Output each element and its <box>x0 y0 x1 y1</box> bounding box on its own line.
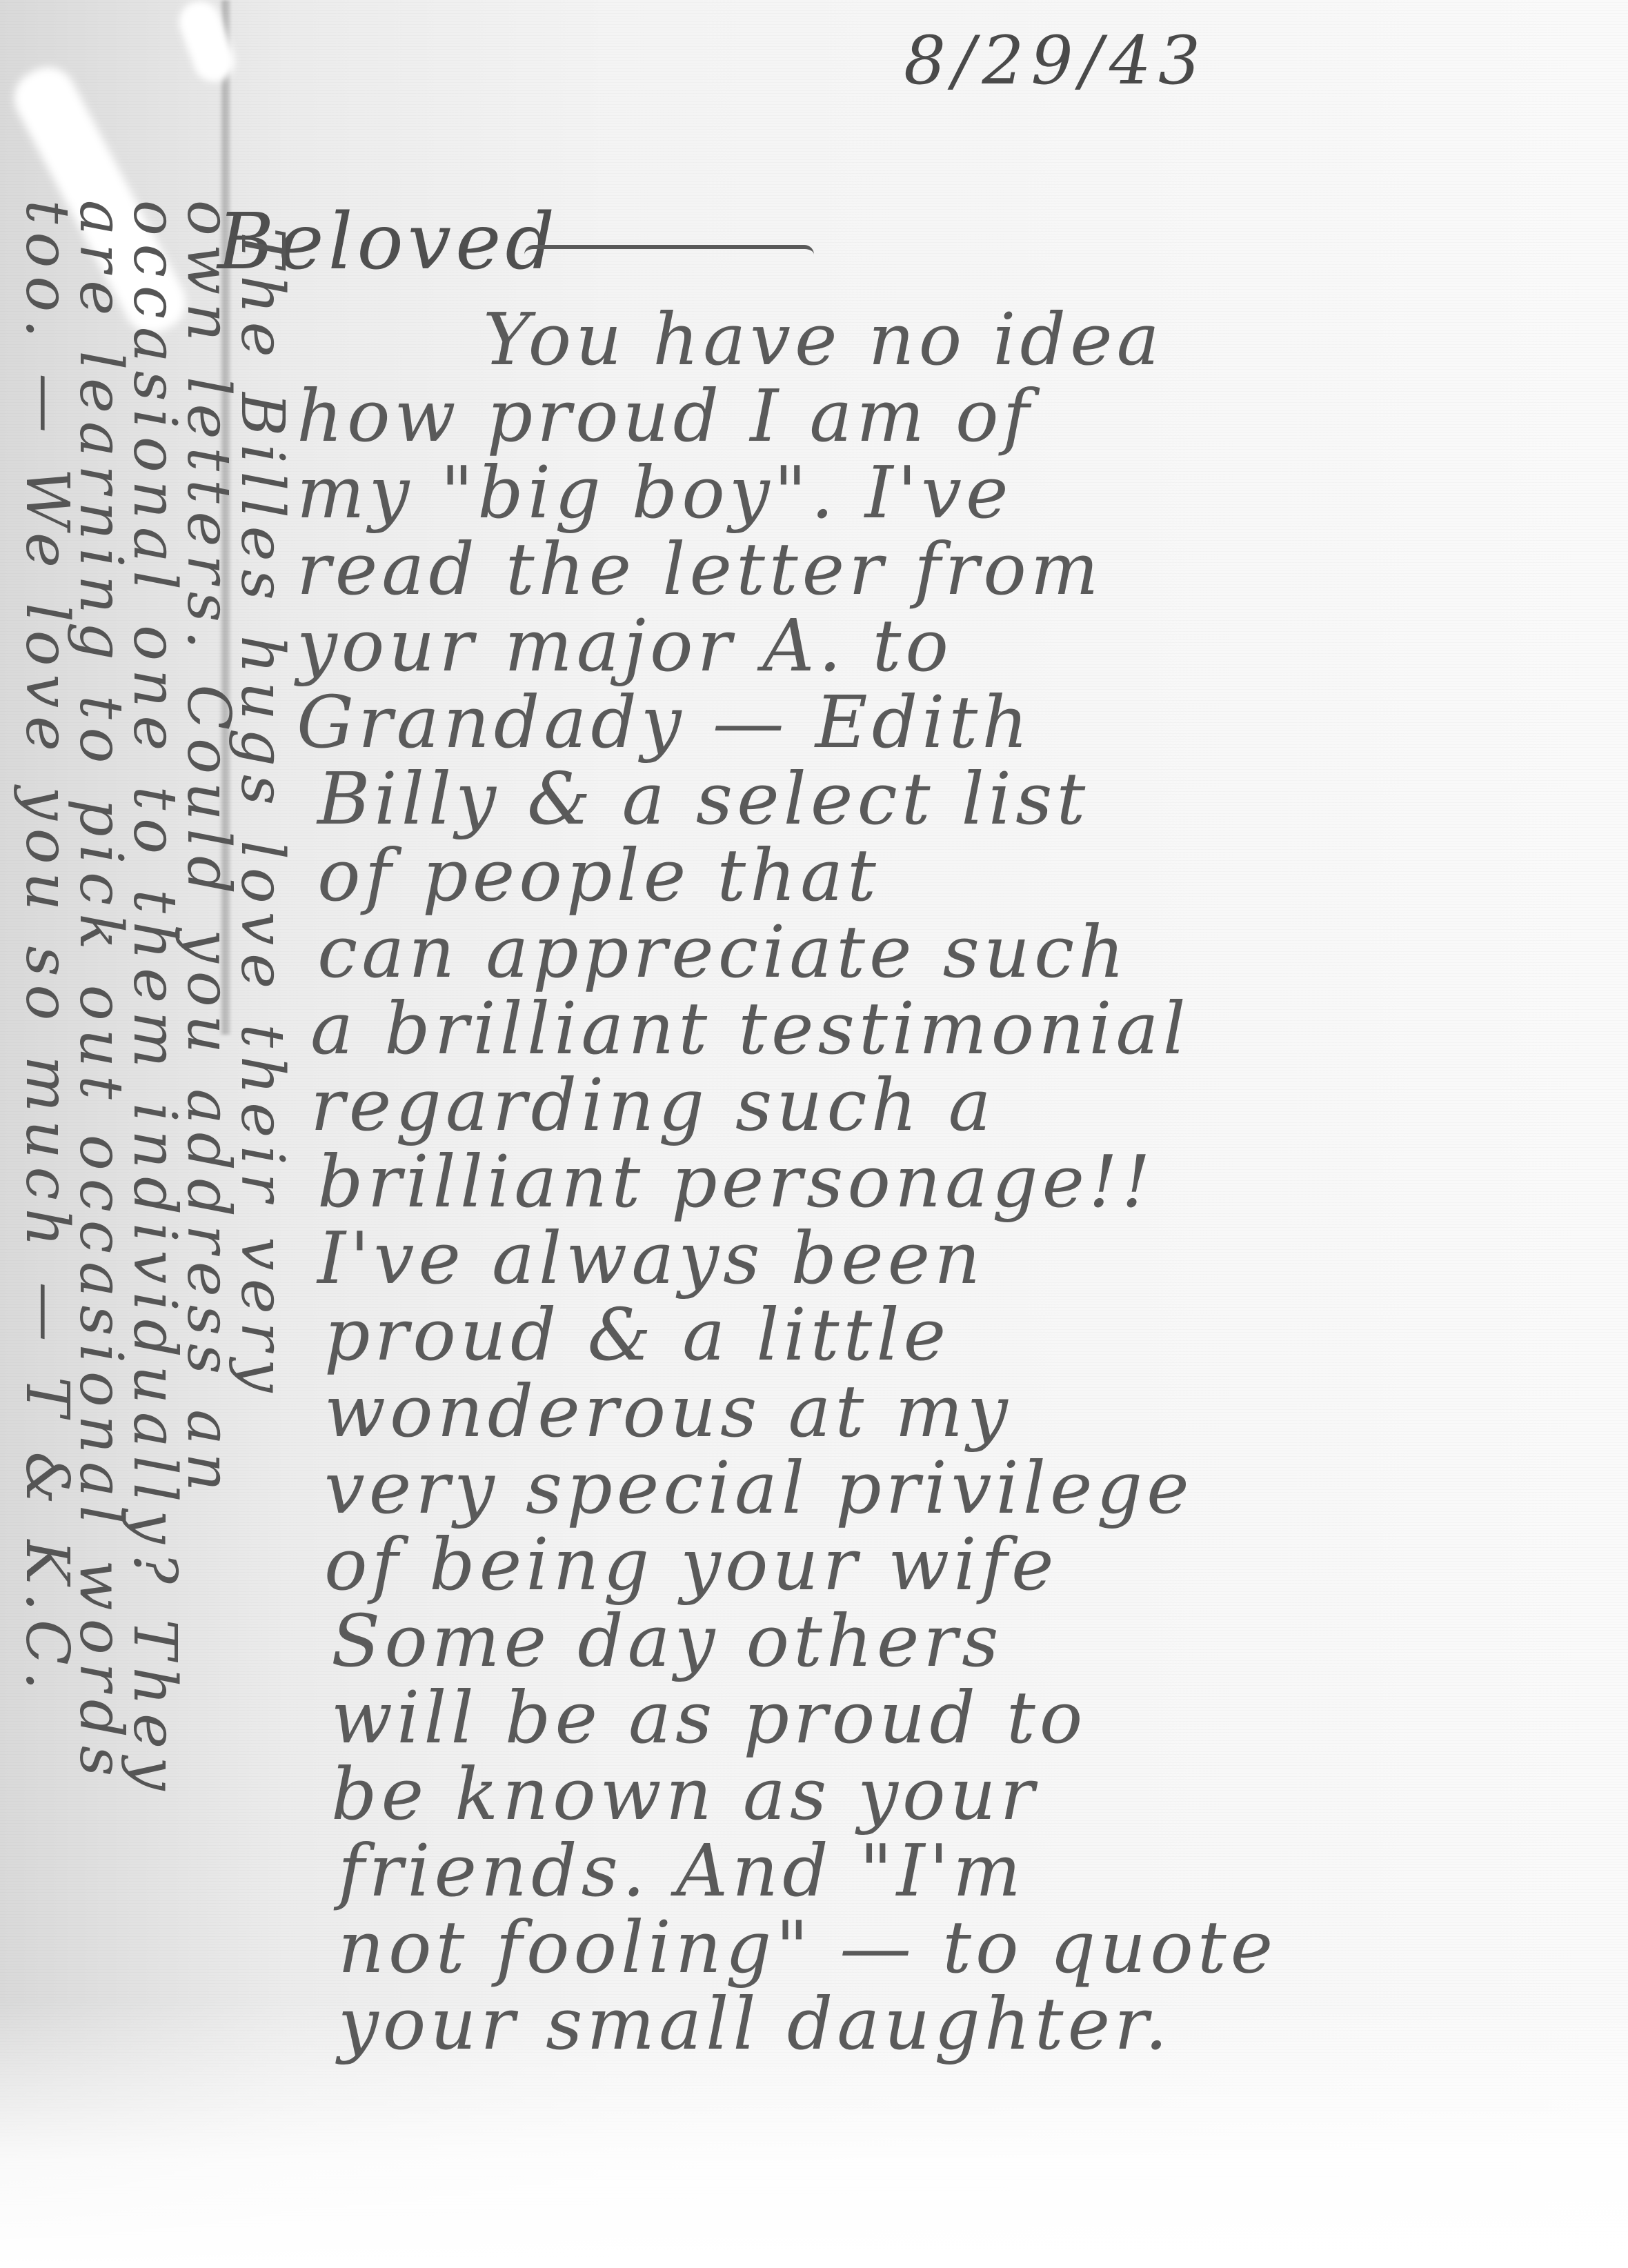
letter-line: read the letter from <box>297 533 1102 605</box>
letter-line: You have no idea <box>483 304 1164 375</box>
letter-line: I've always been <box>317 1222 984 1294</box>
letter-line: how proud I am of <box>297 380 1033 452</box>
letter-line: very special privilege <box>324 1452 1193 1524</box>
letter-date: 8/29/43 <box>904 28 1207 94</box>
salutation-dash <box>524 245 814 255</box>
margin-note: The Billes hugs love their veryown lette… <box>48 200 324 2268</box>
letter-line: a brilliant testimonial <box>310 993 1190 1064</box>
letter-line: of being your wife <box>324 1529 1058 1600</box>
letter-line: Billy & a select list <box>317 763 1089 835</box>
letter-line: your small daughter. <box>338 1988 1172 2060</box>
letter-line: friends. And "I'm <box>338 1835 1025 1907</box>
letter-line: not fooling" — to quote <box>338 1911 1277 1983</box>
letter-line: can appreciate such <box>317 916 1129 988</box>
letter-line: proud & a little <box>324 1299 950 1371</box>
letter-line: my "big boy". I've <box>297 457 1013 528</box>
letter-line: be known as your <box>331 1758 1038 1830</box>
letter-line: your major A. to <box>297 610 953 682</box>
margin-note-line: too. — We love you so much — T & K.C. <box>12 200 81 1698</box>
letter-line: Grandady — Edith <box>297 686 1032 758</box>
letter-line: brilliant personage!! <box>317 1146 1155 1217</box>
letter-line: Some day others <box>331 1605 1003 1677</box>
letter-line: of people that <box>317 839 880 911</box>
letter-line: will be as proud to <box>331 1682 1086 1753</box>
letter-line: wonderous at my <box>324 1375 1012 1447</box>
letter-line: regarding such a <box>310 1069 995 1141</box>
